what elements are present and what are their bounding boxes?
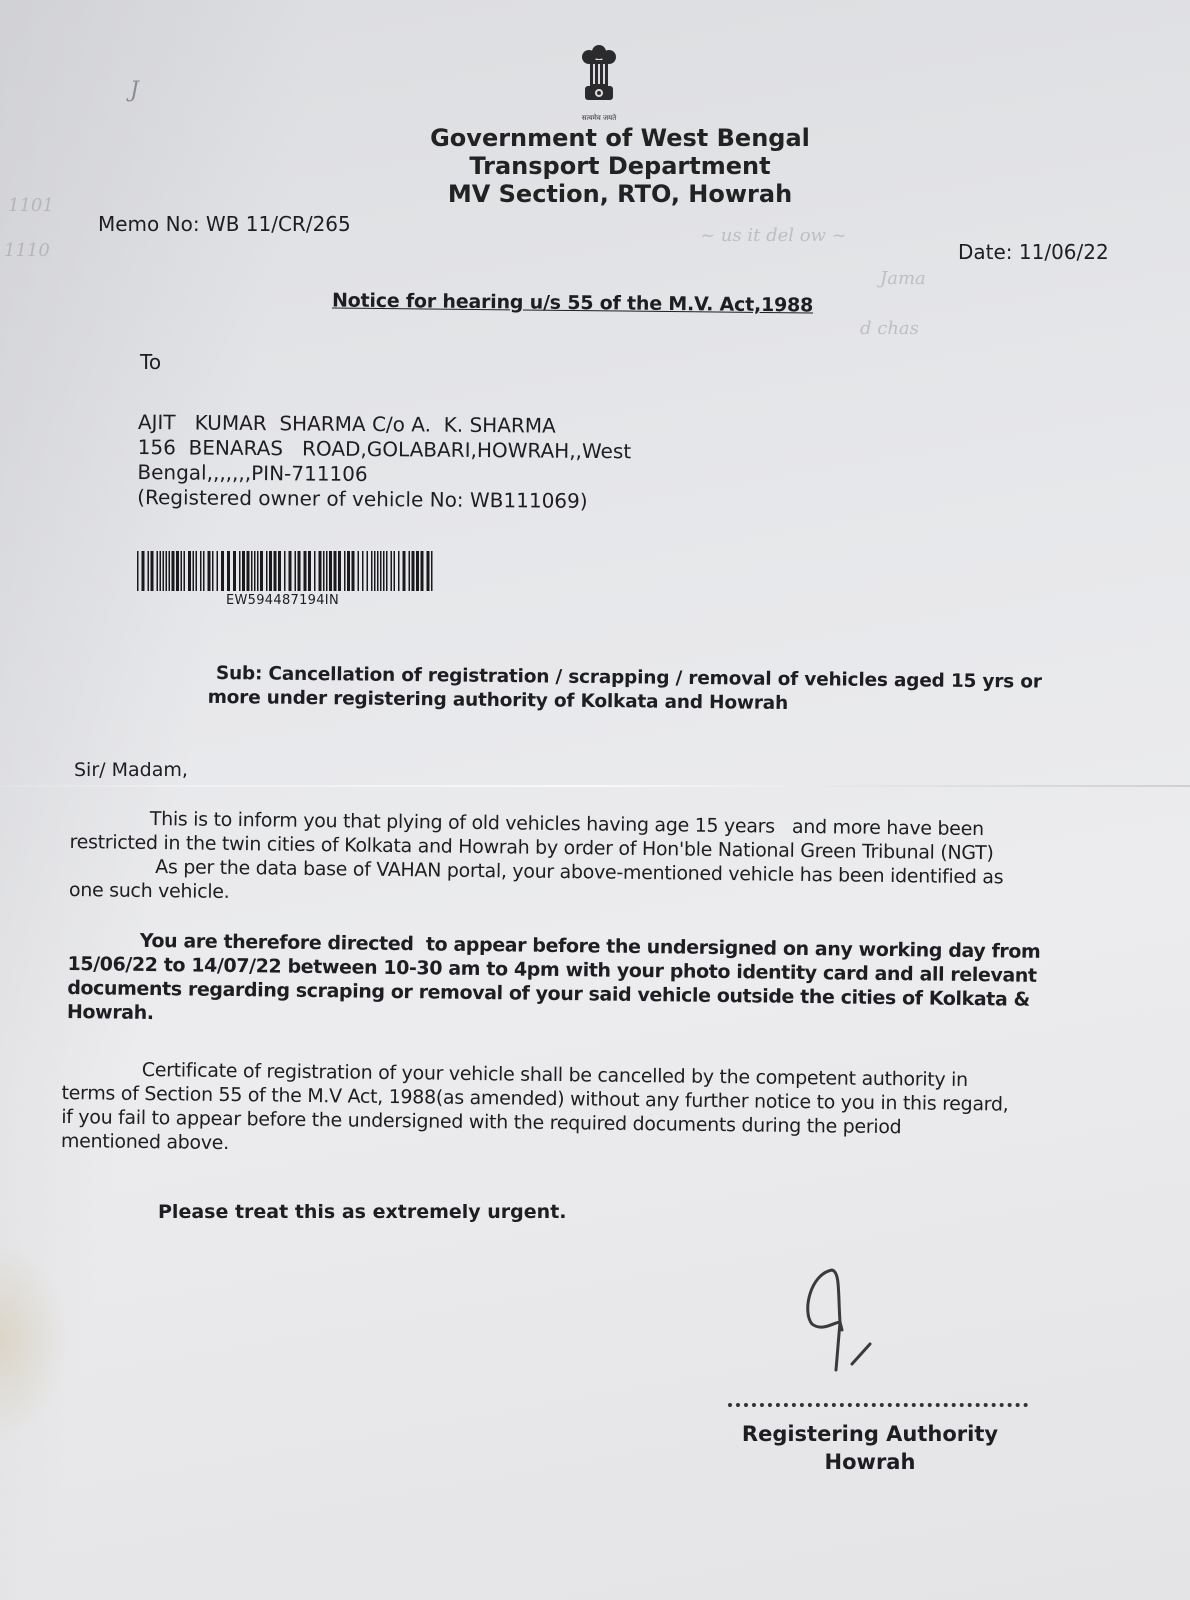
emblem-icon — [578, 40, 620, 120]
signature-icon — [800, 1262, 900, 1382]
paragraph-3: Certificate of registration of your vehi… — [61, 1057, 1122, 1166]
notice-title: Notice for hearing u/s 55 of the M.V. Ac… — [332, 289, 813, 316]
salutation: Sir/ Madam, — [74, 759, 188, 781]
signature-line — [728, 1403, 1028, 1407]
pencil-marks: 1101 — [8, 195, 54, 216]
pencil-notes: Jama — [880, 268, 926, 289]
barcode-number: EW594487194IN — [226, 593, 339, 608]
signatory: Registering Authority Howrah — [740, 1420, 1000, 1476]
pencil-notes: d chas — [860, 318, 919, 339]
barcode-icon — [137, 551, 433, 591]
signature — [800, 1262, 900, 1382]
paragraph-2: You are therefore directed to appear bef… — [67, 928, 1128, 1037]
signatory-title: Registering Authority — [740, 1420, 1000, 1448]
signatory-place: Howrah — [740, 1448, 1000, 1476]
pencil-notes: ~ us it del ow ~ — [700, 225, 847, 246]
header-section: MV Section, RTO, Howrah — [410, 180, 830, 208]
vehicle-number: (Registered owner of vehicle No: WB11106… — [137, 485, 631, 514]
pencil-marks: 1110 — [4, 240, 50, 261]
paper-stain — [0, 1240, 70, 1440]
urgent-note: Please treat this as extremely urgent. — [158, 1201, 567, 1223]
state-emblem: सत्यमेव जयते — [578, 40, 620, 120]
date: Date: 11/06/22 — [958, 240, 1109, 264]
pencil-mark: J — [130, 78, 139, 103]
emblem-caption: सत्यमेव जयते — [578, 114, 620, 123]
addressee-block: AJIT KUMAR SHARMA C/o A. K. SHARMA 156 B… — [137, 410, 631, 514]
to-label: To — [140, 350, 161, 374]
header-government: Government of West Bengal — [410, 124, 830, 152]
paper-fold — [0, 785, 1190, 787]
barcode — [137, 551, 433, 591]
header-department: Transport Department — [410, 152, 830, 180]
paragraph-1: This is to inform you that plying of old… — [69, 806, 1130, 915]
subject: Sub: Cancellation of registration / scra… — [215, 662, 1115, 719]
memo-number: Memo No: WB 11/CR/265 — [98, 212, 351, 236]
